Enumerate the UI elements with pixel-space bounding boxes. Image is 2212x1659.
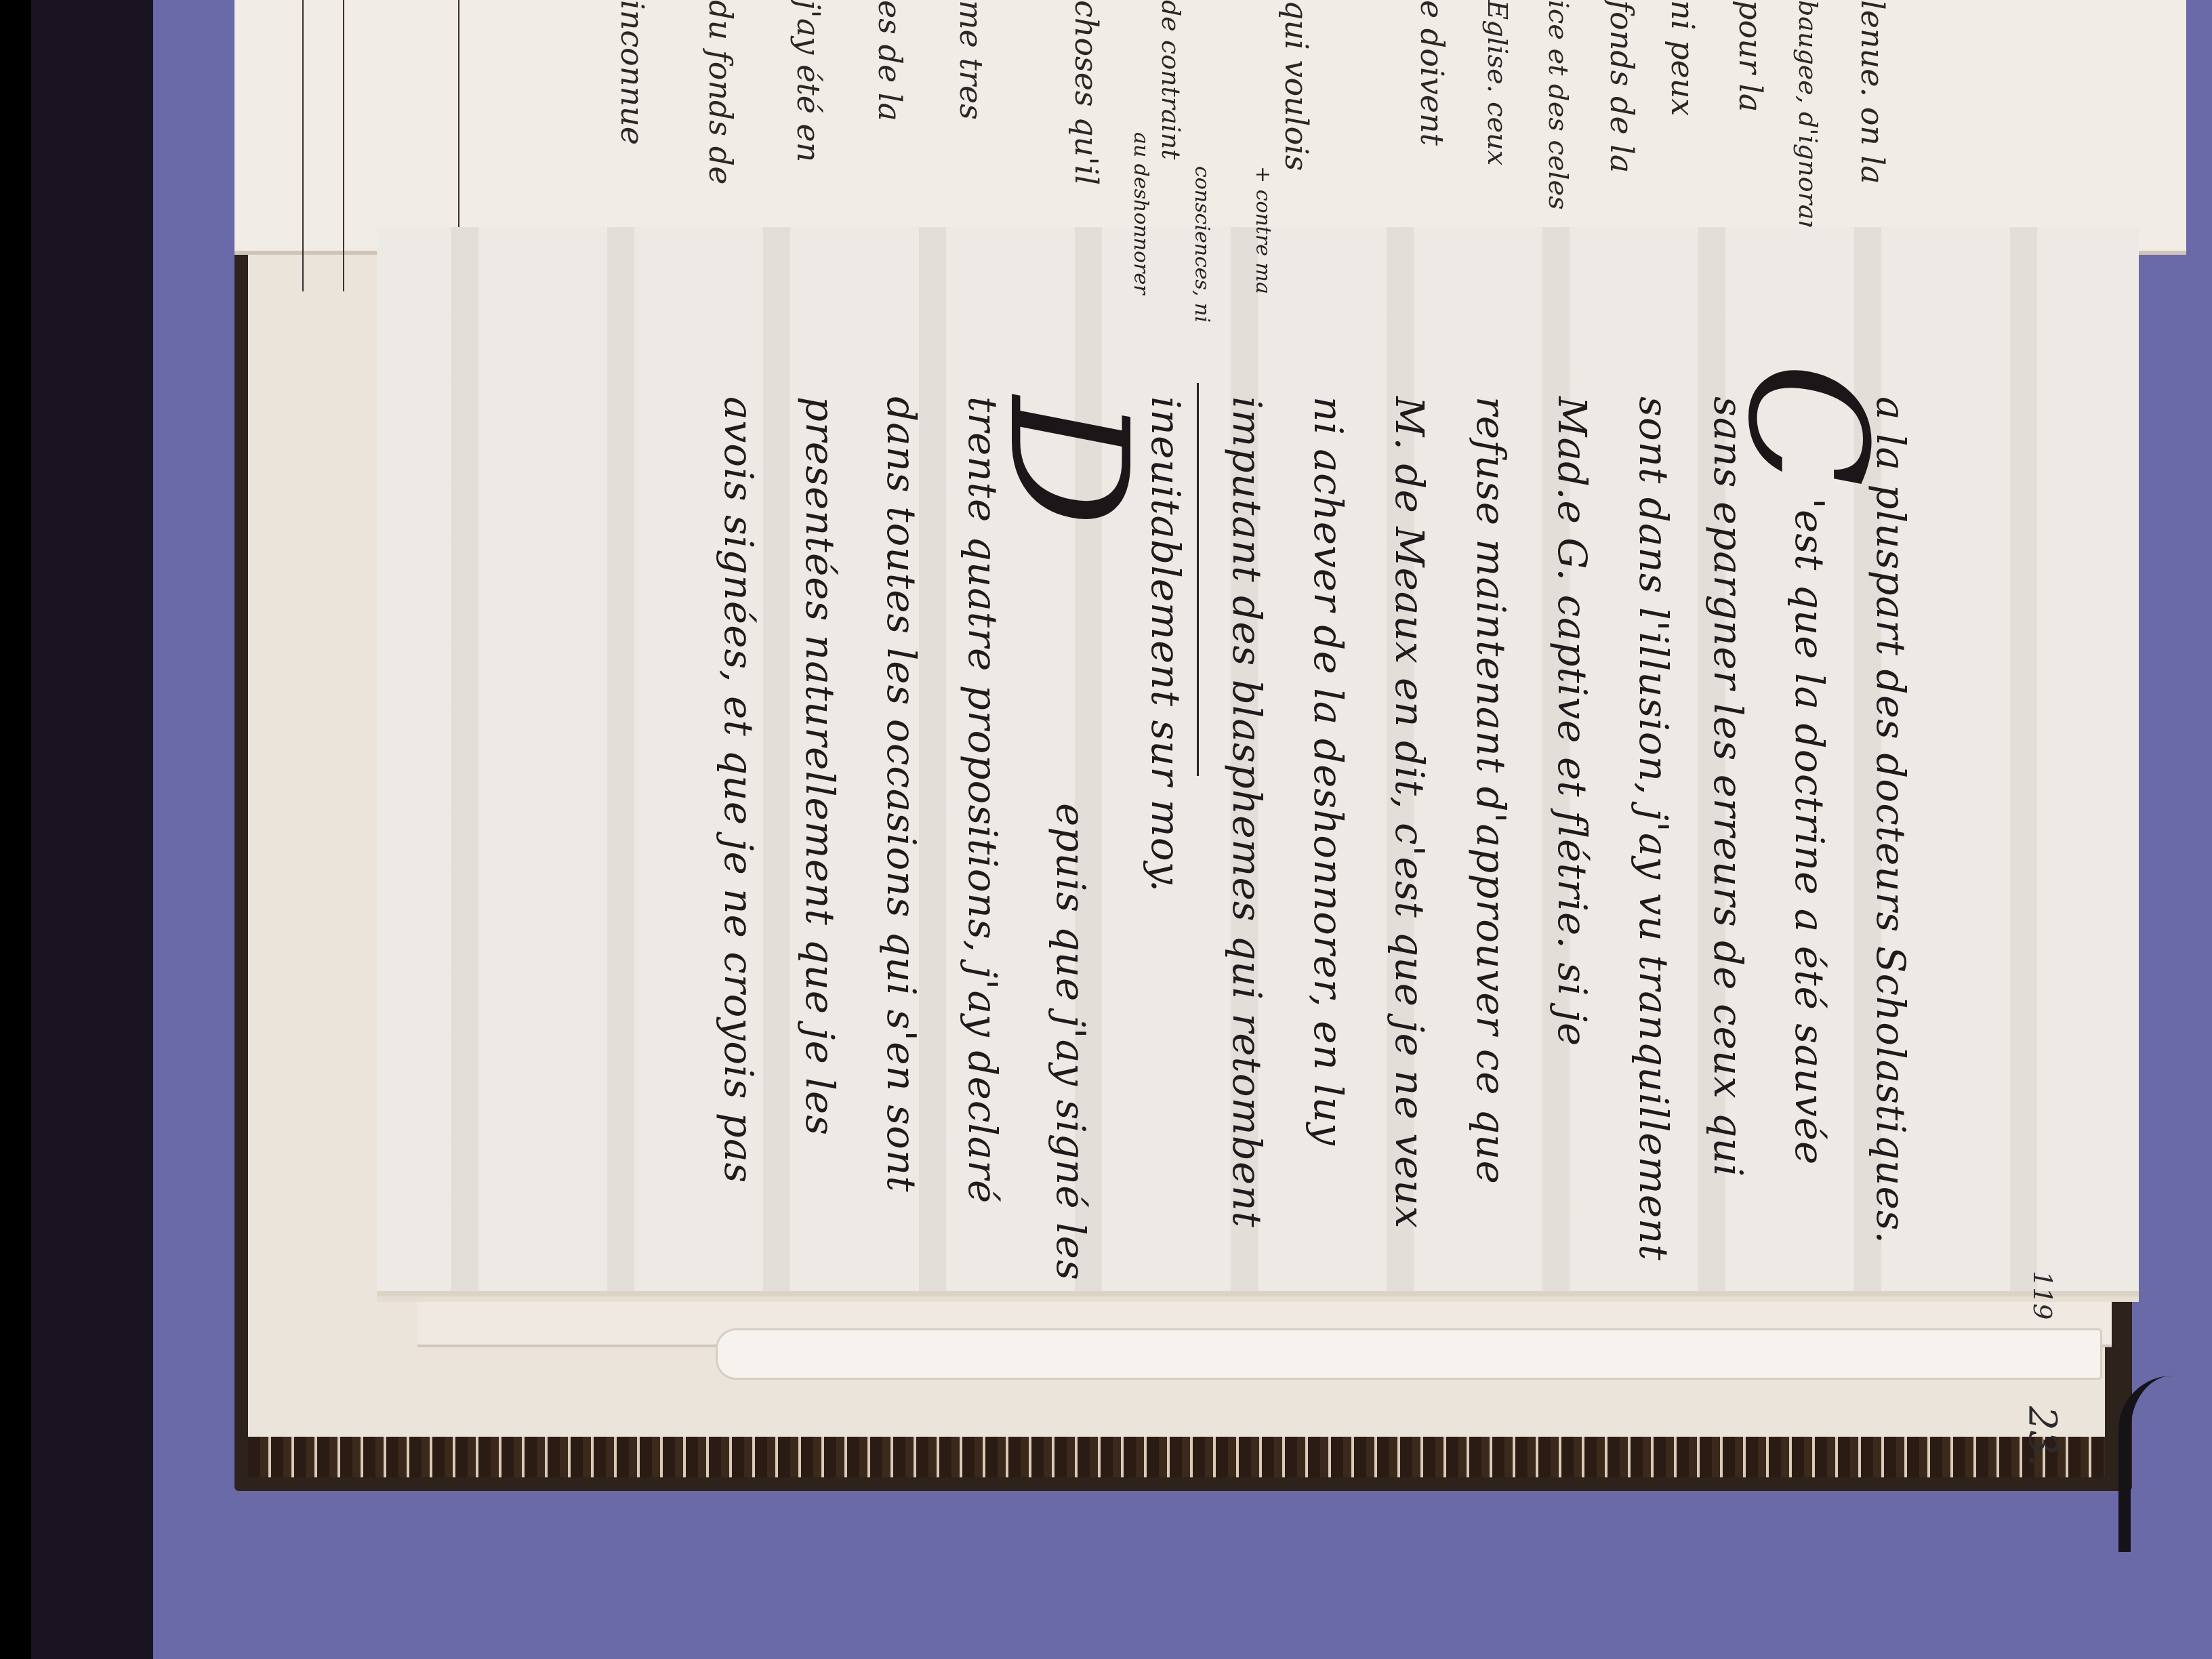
margin-annotation: consciences, ni: [1190, 166, 1214, 323]
page-number: 119 23.: [2020, 1379, 2064, 1467]
text-line: avois signées, et que je ne croyois pas: [716, 396, 762, 1183]
left-page-fragment: ice et des celes: [1542, 0, 1574, 210]
margin-rule: [343, 0, 344, 291]
text-line: dans toutes les occasions qui s'en sont: [878, 396, 924, 1193]
left-page-fragment: es de la: [872, 0, 908, 121]
right-page: 119 23. a la pluspart des docteurs Schol…: [377, 227, 2139, 1291]
text-line: imputant des blasphemes qui retombent: [1224, 396, 1270, 1228]
left-page-fragment: j'ay été en: [790, 0, 827, 162]
text-line: 'est que la doctrine a été sauvée: [1786, 498, 1832, 1165]
left-page-fragment: qui voulois: [1278, 0, 1315, 171]
manuscript-photo: lenue. on la baugee, d'ignoran pour la n…: [31, 0, 2212, 1659]
left-page-fragment: inconnue: [614, 0, 651, 145]
text-line: trente quatre propositions, j'ay declaré: [960, 396, 1006, 1204]
left-page-fragment: lenue. on la: [1854, 0, 1891, 184]
text-line: refuse maintenant d'approuver ce que: [1468, 396, 1514, 1185]
left-page-fragment: de contraint: [1156, 0, 1186, 160]
margin-annotation: + contre ma: [1251, 166, 1275, 294]
underline-stroke: [1197, 383, 1199, 776]
text-line: presentées naturellement que je les: [797, 396, 843, 1136]
cable: [2118, 1376, 2212, 1552]
left-page-fragment: me tres: [953, 0, 989, 120]
left-page-fragment: fonds de la: [1603, 0, 1640, 173]
text-line: sont dans l'illusion, j'ay vu tranquille…: [1631, 396, 1677, 1261]
dark-background-strip: [31, 0, 153, 1659]
left-page-fragment: du fonds de: [702, 0, 739, 184]
left-page-fragment: e doivent: [1414, 0, 1450, 146]
text-line: ni achever de la deshonnorer, en luy: [1305, 396, 1351, 1146]
left-page-fragment: pour la: [1732, 0, 1769, 112]
text-line: a la pluspart des docteurs Scholastiques…: [1868, 396, 1914, 1244]
lower-leaf: [716, 1328, 2102, 1380]
margin-annotation: au deshonnorer: [1129, 132, 1153, 295]
text-line: M. de Meaux en dit, c'est que je ne veux: [1387, 396, 1433, 1229]
text-line: Mad.e G. captive et flétrie. si je: [1549, 396, 1595, 1046]
left-page-fragment: Eglise. ceux: [1481, 0, 1513, 165]
left-page-fragment: choses qu'il: [1068, 0, 1105, 185]
margin-rule: [302, 0, 304, 291]
left-page-fragment: ni peux: [1664, 0, 1701, 116]
damaged-cover-edge: [248, 1437, 2105, 1477]
manuscript-text: a la pluspart des docteurs Scholastiques…: [377, 227, 2139, 1291]
text-line: epuis que j'ay signé les: [1048, 803, 1094, 1281]
text-line: sans epargner les erreurs de ceux qui: [1705, 396, 1751, 1177]
page-number-main: 23.: [2020, 1406, 2064, 1467]
left-page-fragment: baugee, d'ignoran: [1793, 0, 1823, 237]
